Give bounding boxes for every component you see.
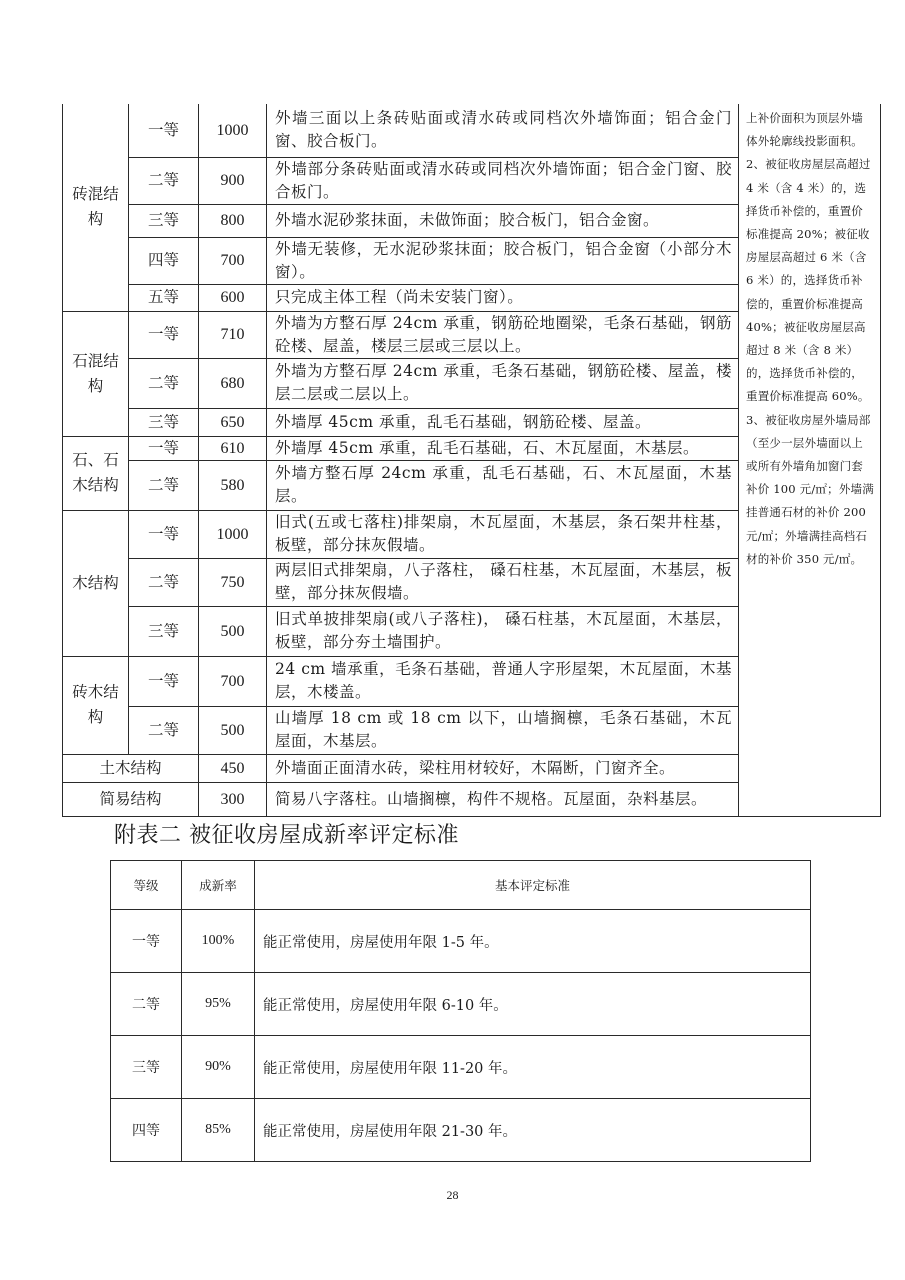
price-cell: 650 bbox=[199, 408, 267, 436]
grade-cell: 三等 bbox=[129, 204, 199, 237]
header-rate: 成新率 bbox=[182, 861, 255, 910]
price-cell: 750 bbox=[199, 558, 267, 606]
category-cell: 土木结构 bbox=[63, 754, 199, 782]
price-cell: 1000 bbox=[199, 104, 267, 157]
page-number: 28 bbox=[0, 1188, 905, 1203]
price-cell: 900 bbox=[199, 157, 267, 204]
description-cell: 两层旧式排架扇，八子落柱， 磉石柱基，木瓦屋面，木基层，板壁，部分抹灰假墙。 bbox=[267, 558, 739, 606]
side-note-paragraph: 2、被征收房屋层高超过 4 米（含 4 米）的，选择货币补偿的，重置价标准提高 … bbox=[746, 153, 874, 408]
price-cell: 450 bbox=[199, 754, 267, 782]
side-note-paragraph: 3、被征收房屋外墙局部（至少一层外墙面以上或所有外墙角加窗门套补价 100 元/… bbox=[746, 409, 874, 571]
side-note-paragraph: 上补价面积为顶层外墙体外轮廓线投影面积。 bbox=[746, 107, 874, 153]
description-cell: 外墙为方整石厚 24cm 承重，钢筋砼地圈梁，毛条石基础，钢筋砼楼、屋盖，楼层三… bbox=[267, 311, 739, 358]
house-replacement-price-table: 砖混结构 一等 1000 外墙三面以上条砖贴面或清水砖或同档次外墙饰面；铝合金门… bbox=[62, 104, 881, 817]
grade-cell: 一等 bbox=[129, 436, 199, 460]
criteria-cell: 能正常使用，房屋使用年限 1-5 年。 bbox=[255, 910, 811, 973]
price-cell: 710 bbox=[199, 311, 267, 358]
rate-cell: 85% bbox=[182, 1099, 255, 1162]
price-cell: 500 bbox=[199, 706, 267, 754]
side-note: 上补价面积为顶层外墙体外轮廓线投影面积。 2、被征收房屋层高超过 4 米（含 4… bbox=[739, 104, 881, 816]
table-row: 一等 100% 能正常使用，房屋使用年限 1-5 年。 bbox=[111, 910, 811, 973]
description-cell: 外墙无装修，无水泥砂浆抹面；胶合板门，铝合金窗（小部分木窗）。 bbox=[267, 237, 739, 284]
grade-cell: 一等 bbox=[129, 104, 199, 157]
grade-cell: 一等 bbox=[129, 510, 199, 558]
description-cell: 外墙厚 45cm 承重，乱毛石基础，钢筋砼楼、屋盖。 bbox=[267, 408, 739, 436]
table-row: 四等 85% 能正常使用，房屋使用年限 21-30 年。 bbox=[111, 1099, 811, 1162]
description-cell: 简易八字落柱。山墙搁檩，构件不规格。瓦屋面，杂料基层。 bbox=[267, 782, 739, 816]
grade-cell: 三等 bbox=[129, 606, 199, 656]
criteria-cell: 能正常使用，房屋使用年限 21-30 年。 bbox=[255, 1099, 811, 1162]
rate-cell: 100% bbox=[182, 910, 255, 973]
price-cell: 610 bbox=[199, 436, 267, 460]
rate-cell: 95% bbox=[182, 973, 255, 1036]
table-row: 砖混结构 一等 1000 外墙三面以上条砖贴面或清水砖或同档次外墙饰面；铝合金门… bbox=[63, 104, 881, 157]
grade-cell: 四等 bbox=[129, 237, 199, 284]
section-title: 附表二 被征收房屋成新率评定标准 bbox=[114, 818, 459, 849]
grade-cell: 三等 bbox=[111, 1036, 182, 1099]
grade-cell: 三等 bbox=[129, 408, 199, 436]
table-header-row: 等级 成新率 基本评定标准 bbox=[111, 861, 811, 910]
header-criteria: 基本评定标准 bbox=[255, 861, 811, 910]
grade-cell: 二等 bbox=[129, 157, 199, 204]
category-cell: 石、石木结构 bbox=[63, 436, 129, 510]
description-cell: 旧式(五或七落柱)排架扇，木瓦屋面，木基层，条石架井柱基，板壁，部分抹灰假墙。 bbox=[267, 510, 739, 558]
grade-cell: 二等 bbox=[129, 460, 199, 510]
grade-cell: 一等 bbox=[129, 656, 199, 706]
grade-cell: 二等 bbox=[129, 358, 199, 408]
table-row: 二等 95% 能正常使用，房屋使用年限 6-10 年。 bbox=[111, 973, 811, 1036]
price-cell: 600 bbox=[199, 284, 267, 311]
price-cell: 700 bbox=[199, 656, 267, 706]
grade-cell: 五等 bbox=[129, 284, 199, 311]
criteria-cell: 能正常使用，房屋使用年限 11-20 年。 bbox=[255, 1036, 811, 1099]
description-cell: 外墙面正面清水砖，梁柱用材较好，木隔断，门窗齐全。 bbox=[267, 754, 739, 782]
description-cell: 外墙水泥砂浆抹面，未做饰面；胶合板门，铝合金窗。 bbox=[267, 204, 739, 237]
price-cell: 500 bbox=[199, 606, 267, 656]
description-cell: 外墙方整石厚 24cm 承重，乱毛石基础，石、木瓦屋面，木基层。 bbox=[267, 460, 739, 510]
category-cell: 简易结构 bbox=[63, 782, 199, 816]
grade-cell: 四等 bbox=[111, 1099, 182, 1162]
price-cell: 300 bbox=[199, 782, 267, 816]
description-cell: 只完成主体工程（尚未安装门窗）。 bbox=[267, 284, 739, 311]
category-cell: 砖混结构 bbox=[63, 104, 129, 311]
category-cell: 砖木结构 bbox=[63, 656, 129, 754]
description-cell: 外墙三面以上条砖贴面或清水砖或同档次外墙饰面；铝合金门窗、胶合板门。 bbox=[267, 104, 739, 157]
grade-cell: 二等 bbox=[129, 558, 199, 606]
price-cell: 800 bbox=[199, 204, 267, 237]
rate-cell: 90% bbox=[182, 1036, 255, 1099]
description-cell: 山墙厚 18 cm 或 18 cm 以下，山墙搁檩，毛条石基础，木瓦屋面，木基层… bbox=[267, 706, 739, 754]
description-cell: 外墙部分条砖贴面或清水砖或同档次外墙饰面；铝合金门窗、胶合板门。 bbox=[267, 157, 739, 204]
table-row: 三等 90% 能正常使用，房屋使用年限 11-20 年。 bbox=[111, 1036, 811, 1099]
grade-cell: 一等 bbox=[129, 311, 199, 358]
category-cell: 木结构 bbox=[63, 510, 129, 656]
description-cell: 外墙为方整石厚 24cm 承重，毛条石基础，钢筋砼楼、屋盖，楼层二层或二层以上。 bbox=[267, 358, 739, 408]
depreciation-rate-table: 等级 成新率 基本评定标准 一等 100% 能正常使用，房屋使用年限 1-5 年… bbox=[110, 860, 811, 1162]
category-cell: 石混结构 bbox=[63, 311, 129, 436]
price-cell: 700 bbox=[199, 237, 267, 284]
criteria-cell: 能正常使用，房屋使用年限 6-10 年。 bbox=[255, 973, 811, 1036]
price-cell: 1000 bbox=[199, 510, 267, 558]
price-cell: 580 bbox=[199, 460, 267, 510]
grade-cell: 二等 bbox=[129, 706, 199, 754]
description-cell: 24 cm 墙承重，毛条石基础，普通人字形屋架，木瓦屋面，木基层，木楼盖。 bbox=[267, 656, 739, 706]
description-cell: 旧式单披排架扇(或八子落柱)， 磉石柱基，木瓦屋面，木基层，板壁，部分夯土墙围护… bbox=[267, 606, 739, 656]
grade-cell: 二等 bbox=[111, 973, 182, 1036]
header-grade: 等级 bbox=[111, 861, 182, 910]
description-cell: 外墙厚 45cm 承重，乱毛石基础，石、木瓦屋面，木基层。 bbox=[267, 436, 739, 460]
grade-cell: 一等 bbox=[111, 910, 182, 973]
price-cell: 680 bbox=[199, 358, 267, 408]
